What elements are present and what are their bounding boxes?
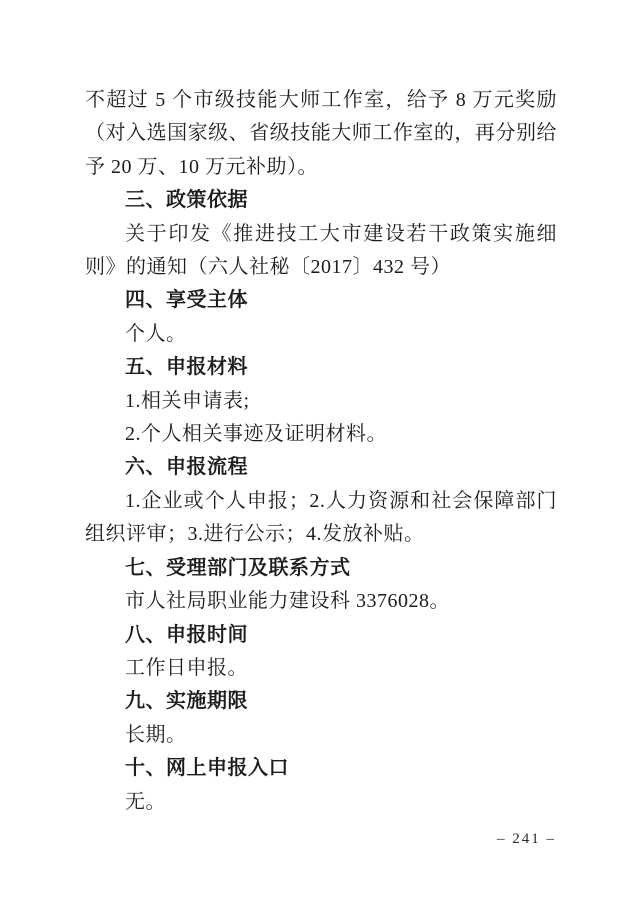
- paragraph: 长期。: [85, 719, 557, 752]
- paragraph: 无。: [85, 786, 557, 819]
- paragraph: 市人社局职业能力建设科 3376028。: [85, 585, 557, 618]
- section-heading: 五、申报材料: [85, 351, 557, 384]
- paragraph: 个人。: [85, 318, 557, 351]
- section-heading: 七、受理部门及联系方式: [85, 552, 557, 585]
- section-heading: 九、实施期限: [85, 685, 557, 718]
- document-body: 不超过 5 个市级技能大师工作室，给予 8 万元奖励（对入选国家级、省级技能大师…: [85, 84, 557, 819]
- section-heading: 三、政策依据: [85, 184, 557, 217]
- paragraph: 2.个人相关事迹及证明材料。: [85, 418, 557, 451]
- section-heading: 八、申报时间: [85, 619, 557, 652]
- section-heading: 四、享受主体: [85, 284, 557, 317]
- section-heading: 十、网上申报入口: [85, 752, 557, 785]
- section-heading: 六、申报流程: [85, 451, 557, 484]
- page-number: – 241 –: [497, 831, 556, 848]
- document-page: 不超过 5 个市级技能大师工作室，给予 8 万元奖励（对入选国家级、省级技能大师…: [0, 0, 642, 907]
- paragraph: 1.相关申请表;: [85, 385, 557, 418]
- paragraph: 工作日申报。: [85, 652, 557, 685]
- paragraph: 1.企业或个人申报；2.人力资源和社会保障部门组织评审；3.进行公示；4.发放补…: [85, 485, 557, 552]
- paragraph: 不超过 5 个市级技能大师工作室，给予 8 万元奖励（对入选国家级、省级技能大师…: [85, 84, 557, 184]
- paragraph: 关于印发《推进技工大市建设若干政策实施细则》的通知（六人社秘〔2017〕432 …: [85, 218, 557, 285]
